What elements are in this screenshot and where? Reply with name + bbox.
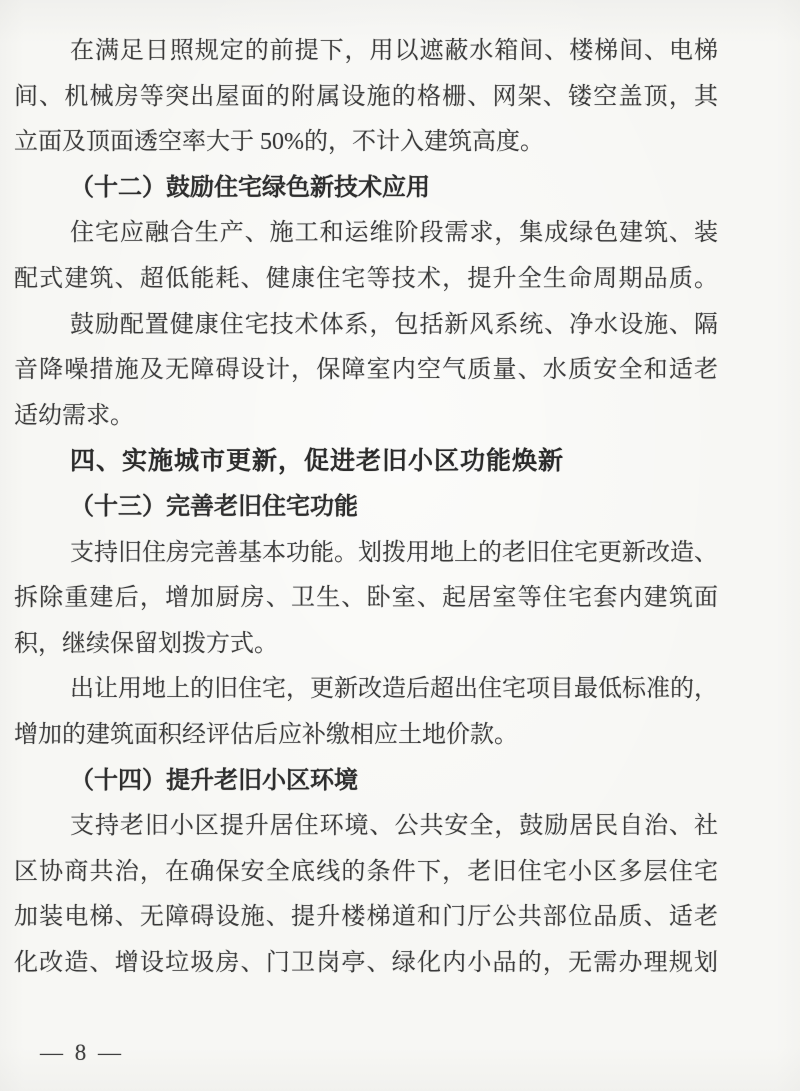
- text-line: 立面及顶面透空率大于 50%的，不计入建筑高度。: [14, 120, 718, 166]
- section-heading-12: （十二）鼓励住宅绿色新技术应用: [14, 166, 718, 212]
- chapter-heading-4: 四、实施城市更新，促进老旧小区功能焕新: [14, 439, 718, 485]
- text-line: 支持老旧小区提升居住环境、公共安全，鼓励居民自治、社: [14, 804, 718, 850]
- text-line: 拆除重建后，增加厨房、卫生、卧室、起居室等住宅套内建筑面: [14, 576, 718, 622]
- text-line: 住宅应融合生产、施工和运维阶段需求，集成绿色建筑、装: [14, 211, 718, 257]
- text-line: 出让用地上的旧住宅，更新改造后超出住宅项目最低标准的，: [14, 667, 718, 713]
- text-line: 音降噪措施及无障碍设计，保障室内空气质量、水质安全和适老: [14, 348, 718, 394]
- text-line: 加装电梯、无障碍设施、提升楼梯道和门厅公共部位品质、适老: [14, 895, 718, 941]
- document-page: 在满足日照规定的前提下，用以遮蔽水箱间、楼梯间、电梯 间、机械房等突出屋面的附属…: [14, 29, 718, 986]
- text-line: 鼓励配置健康住宅技术体系，包括新风系统、净水设施、隔: [14, 303, 718, 349]
- text-line: 适幼需求。: [14, 394, 718, 440]
- text-line: 在满足日照规定的前提下，用以遮蔽水箱间、楼梯间、电梯: [14, 29, 718, 75]
- text-line: 区协商共治，在确保安全底线的条件下，老旧住宅小区多层住宅: [14, 850, 718, 896]
- section-heading-14: （十四）提升老旧小区环境: [14, 759, 718, 805]
- text-line: 间、机械房等突出屋面的附属设施的格栅、网架、镂空盖顶，其: [14, 75, 718, 121]
- text-line: 支持旧住房完善基本功能。划拨用地上的老旧住宅更新改造、: [14, 531, 718, 577]
- text-line: 增加的建筑面积经评估后应补缴相应土地价款。: [14, 713, 718, 759]
- text-line: 积，继续保留划拨方式。: [14, 622, 718, 668]
- section-heading-13: （十三）完善老旧住宅功能: [14, 485, 718, 531]
- text-line: 化改造、增设垃圾房、门卫岗亭、绿化内小品的，无需办理规划: [14, 941, 718, 987]
- page-number: — 8 —: [40, 1038, 124, 1068]
- text-line: 配式建筑、超低能耗、健康住宅等技术，提升全生命周期品质。: [14, 257, 718, 303]
